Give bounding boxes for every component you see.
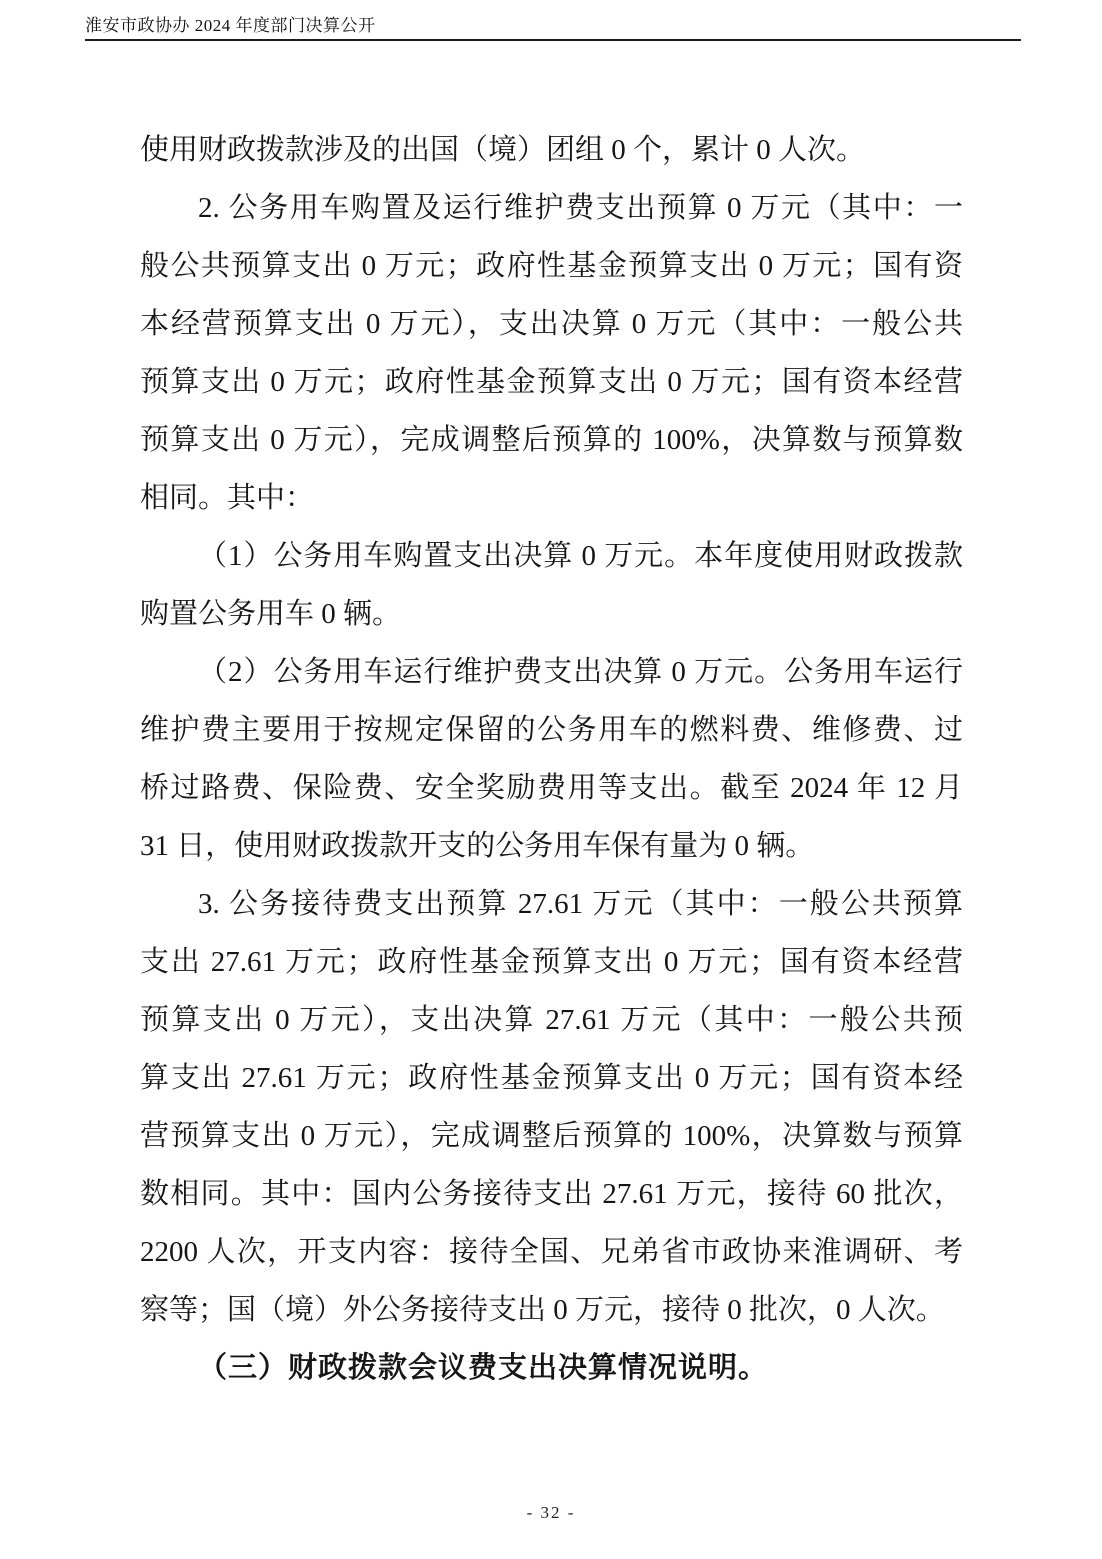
text-line: （2）公务用车运行维护费支出决算 0 万元。公务用车运行 xyxy=(140,643,963,701)
header-title: 淮安市政协办 2024 年度部门决算公开 xyxy=(85,16,1021,36)
text-line: 使用财政拨款涉及的出国（境）团组 0 个，累计 0 人次。 xyxy=(140,121,963,179)
text-line: 预算支出 0 万元；政府性基金预算支出 0 万元；国有资本经营 xyxy=(140,353,963,411)
text-line: 2. 公务用车购置及运行维护费支出预算 0 万元（其中：一 xyxy=(140,179,963,237)
text-line: 3. 公务接待费支出预算 27.61 万元（其中：一般公共预算 xyxy=(140,875,963,933)
text-line: 本经营预算支出 0 万元），支出决算 0 万元（其中：一般公共 xyxy=(140,295,963,353)
document-page: 淮安市政协办 2024 年度部门决算公开 使用财政拨款涉及的出国（境）团组 0 … xyxy=(0,0,1102,1559)
text-line: 桥过路费、保险费、安全奖励费用等支出。截至 2024 年 12 月 xyxy=(140,759,963,817)
document-body: 使用财政拨款涉及的出国（境）团组 0 个，累计 0 人次。2. 公务用车购置及运… xyxy=(140,121,963,1397)
text-line: 维护费主要用于按规定保留的公务用车的燃料费、维修费、过 xyxy=(140,701,963,759)
text-line: 支出 27.61 万元；政府性基金预算支出 0 万元；国有资本经营 xyxy=(140,933,963,991)
text-line: 般公共预算支出 0 万元；政府性基金预算支出 0 万元；国有资 xyxy=(140,237,963,295)
text-line: 购置公务用车 0 辆。 xyxy=(140,585,963,643)
page-number: - 32 - xyxy=(527,1503,576,1522)
text-line: （1）公务用车购置支出决算 0 万元。本年度使用财政拨款 xyxy=(140,527,963,585)
text-line: 察等；国（境）外公务接待支出 0 万元，接待 0 批次，0 人次。 xyxy=(140,1281,963,1339)
page-header: 淮安市政协办 2024 年度部门决算公开 xyxy=(85,16,1021,41)
text-line: 预算支出 0 万元），支出决算 27.61 万元（其中：一般公共预 xyxy=(140,991,963,1049)
text-line: 营预算支出 0 万元），完成调整后预算的 100%，决算数与预算 xyxy=(140,1107,963,1165)
text-line: 31 日，使用财政拨款开支的公务用车保有量为 0 辆。 xyxy=(140,817,963,875)
page-footer: - 32 - xyxy=(0,1503,1102,1523)
text-line: 2200 人次，开支内容：接待全国、兄弟省市政协来淮调研、考 xyxy=(140,1223,963,1281)
text-line: 算支出 27.61 万元；政府性基金预算支出 0 万元；国有资本经 xyxy=(140,1049,963,1107)
text-line: 相同。其中： xyxy=(140,469,963,527)
text-line: 数相同。其中：国内公务接待支出 27.61 万元，接待 60 批次， xyxy=(140,1165,963,1223)
section-heading: （三）财政拨款会议费支出决算情况说明。 xyxy=(140,1339,963,1397)
text-line: 预算支出 0 万元），完成调整后预算的 100%，决算数与预算数 xyxy=(140,411,963,469)
